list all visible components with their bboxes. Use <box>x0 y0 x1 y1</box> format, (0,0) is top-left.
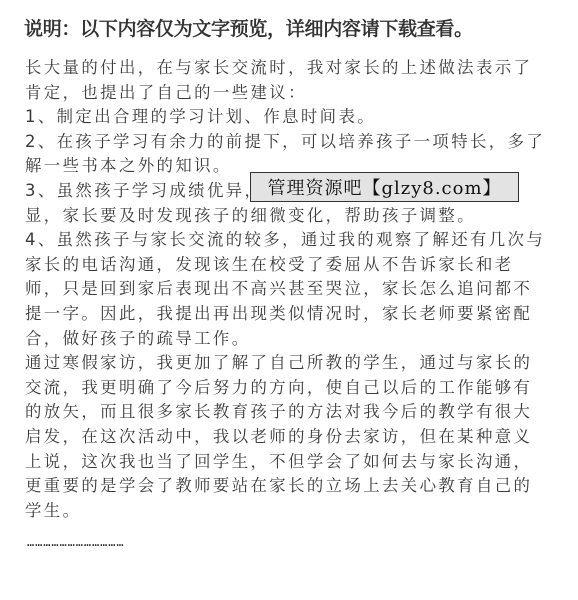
document-body: 长大量的付出，在与家长交流时，我对家长的上述做法表示了 肯定，也提出了自己的一些… <box>25 56 555 523</box>
text-line: 师，只是回到家后表现出不高兴甚至哭泣，家长怎么追问都不 <box>25 277 555 302</box>
text-line: 4、虽然孩子与家长交流的较多，通过我的观察了解还有几次与 <box>25 228 555 253</box>
text-line: 1、制定出合理的学习计划、作息时间表。 <box>25 105 555 130</box>
text-line: 家长的电话沟通，发现该生在校受了委屈从不告诉家长和老 <box>25 253 555 278</box>
text-line: 合，做好孩子的疏导工作。 <box>25 327 555 352</box>
text-line: 上说，这次我也当了回学生，不但学会了如何去与家长沟通， <box>25 450 555 475</box>
text-line: 2、在孩子学习有余力的前提下，可以培养孩子一项特长，多了 <box>25 130 555 155</box>
text-line: 提一字。因此，我提出再出现类似情况时，家长老师要紧密配 <box>25 302 555 327</box>
text-line: 的放矢，而且很多家长教育孩子的方法对我今后的教学有很大 <box>25 400 555 425</box>
text-line: 肯定，也提出了自己的一些建议： <box>25 81 555 106</box>
text-line: 学生。 <box>25 499 555 524</box>
text-line: 长大量的付出，在与家长交流时，我对家长的上述做法表示了 <box>25 56 555 81</box>
text-line: 启发，在这次活动中，我以老师的身份去家访，但在某种意义 <box>25 425 555 450</box>
text-line: 交流，我更明确了今后努力的方向，使自己以后的工作能够有 <box>25 376 555 401</box>
text-line: 通过寒假家访，我更加了解了自己所教的学生，通过与家长的 <box>25 351 555 376</box>
text-line: 更重要的是学会了教师要站在家长的立场上去关心教育自己的 <box>25 474 555 499</box>
preview-notice: 说明：以下内容仅为文字预览，详细内容请下载查看。 <box>24 16 473 42</box>
watermark-banner: 管理资源吧【glzy8.com】 <box>250 172 519 202</box>
truncation-ellipsis: ……………………………… <box>27 535 125 549</box>
text-line: 显，家长要及时发现孩子的细微变化，帮助孩子调整。 <box>25 204 555 229</box>
